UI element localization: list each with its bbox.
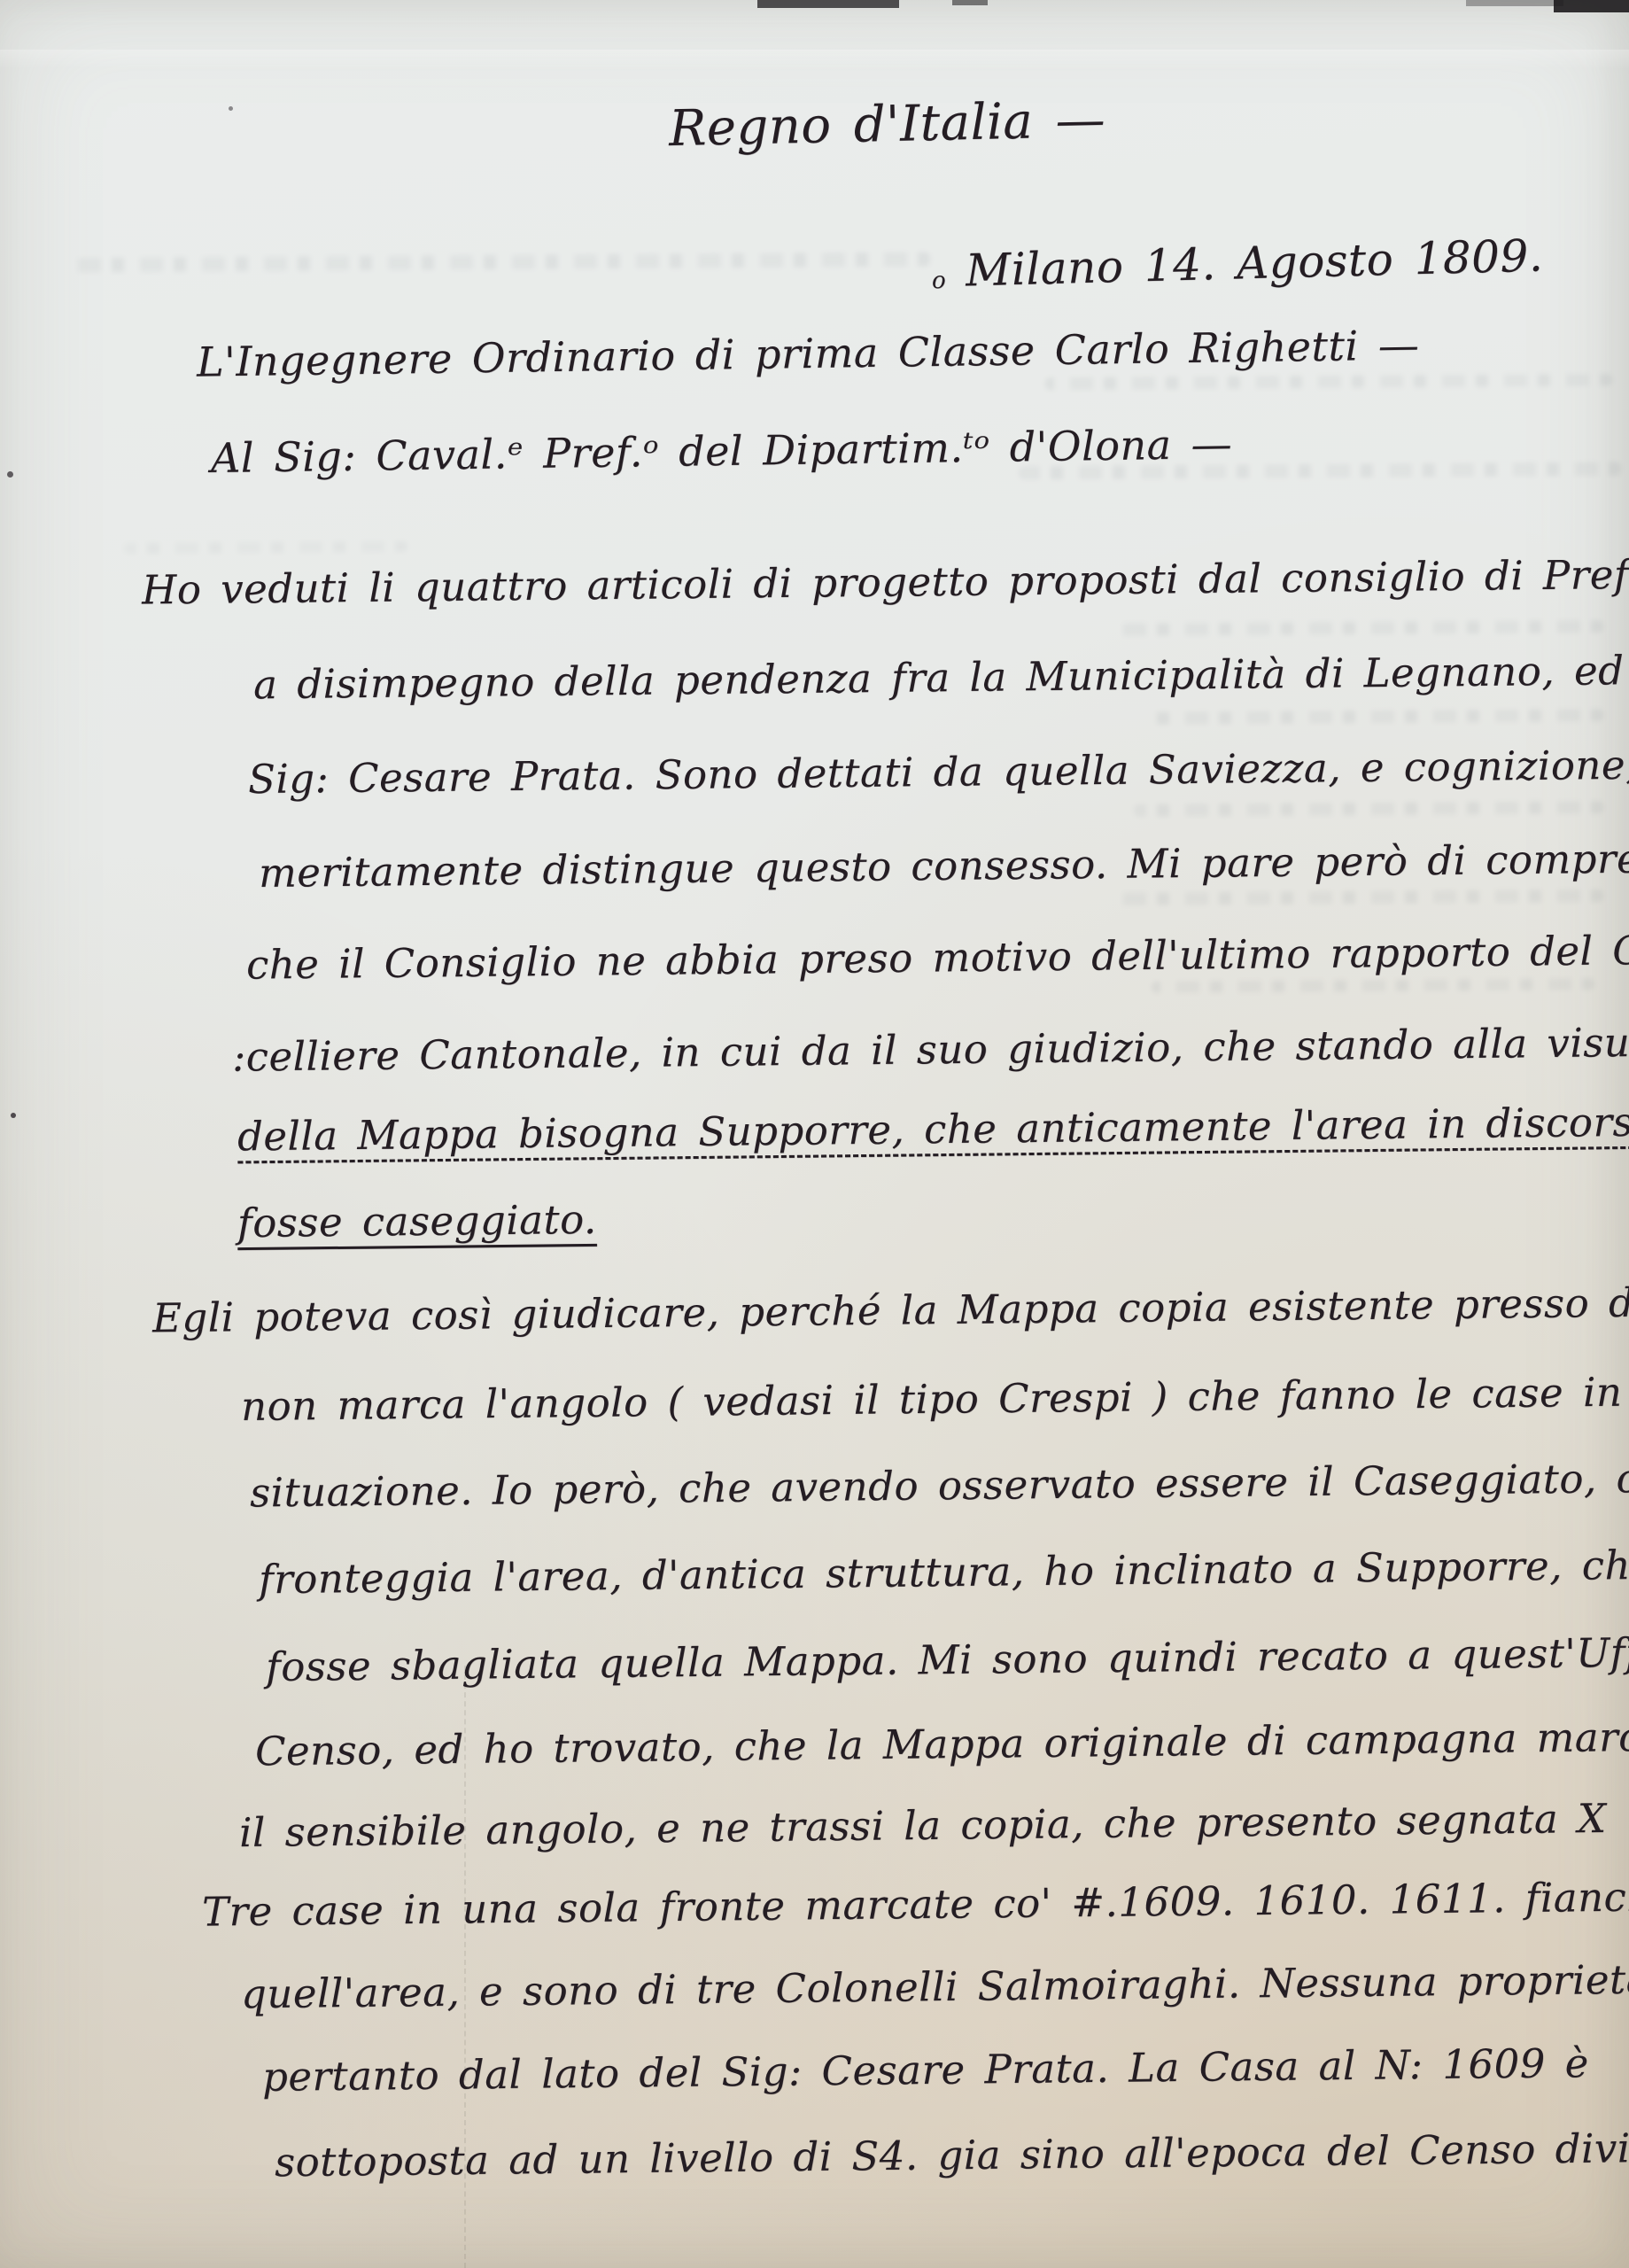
body-line: Censo, ed ho trovato, che la Mappa origi…	[255, 1713, 1629, 1775]
bleedthrough-smudge	[1107, 620, 1603, 636]
body-line: fosse sbagliata quella Mappa. Mi sono qu…	[266, 1627, 1629, 1690]
body-line: sottoposta ad un livello di S4. gia sino…	[275, 2124, 1629, 2186]
manuscript-page: Regno d'Italia — o Milano 14. Agosto 180…	[0, 0, 1629, 2268]
body-line: meritamente distingue questo consesso. M…	[259, 834, 1629, 897]
body-line: pertanto dal lato del Sig: Cesare Prata.…	[262, 2039, 1589, 2101]
bleedthrough-smudge	[124, 541, 407, 554]
scan-edge-mark	[1554, 0, 1629, 12]
body-line: situazione. Io però, che avendo osservat…	[250, 1454, 1629, 1516]
scan-light-band	[0, 50, 1629, 69]
scan-edge-mark	[757, 0, 899, 8]
bleedthrough-smudge	[1134, 801, 1603, 817]
ink-mark: o	[932, 268, 946, 294]
body-line: fronteggia l'area, d'antica struttura, h…	[259, 1542, 1629, 1604]
bleedthrough-smudge	[62, 252, 930, 273]
ink-speck	[11, 1113, 16, 1118]
body-line: quell'area, e sono di tre Colonelli Salm…	[241, 1956, 1629, 2018]
body-line: Sig: Cesare Prata. Sono dettati da quell…	[248, 740, 1629, 803]
scan-edge-mark	[952, 0, 988, 5]
bleedthrough-smudge	[1152, 978, 1594, 992]
ink-speck	[229, 106, 233, 111]
bleedthrough-smudge	[1107, 889, 1603, 905]
body-line-underlined: della Mappa bisogna Supporre, che antica…	[237, 1099, 1629, 1161]
document-title: Regno d'Italia —	[668, 91, 1105, 158]
body-line: non marca l'angolo ( vedasi il tipo Cres…	[241, 1367, 1629, 1430]
ink-speck	[7, 471, 13, 478]
body-line: Egli poteva così giudicare, perché la Ma…	[152, 1278, 1629, 1342]
bleedthrough-smudge	[1045, 374, 1612, 390]
dateline: Milano 14. Agosto 1809.	[965, 229, 1543, 296]
bleedthrough-smudge	[1152, 709, 1603, 725]
body-line-underlined: fosse caseggiato.	[237, 1196, 597, 1247]
body-line: Ho veduti li quattro articoli di progett…	[142, 549, 1629, 613]
scan-edge-mark	[1466, 0, 1563, 6]
body-line: a disimpegno della pendenza fra la Munic…	[253, 647, 1629, 709]
body-line: il sensibile angolo, e ne trassi la copi…	[239, 1795, 1607, 1856]
body-line: :celliere Cantonale, in cui da il suo gi…	[232, 1018, 1629, 1080]
body-line: Tre case in una sola fronte marcate co' …	[202, 1871, 1629, 1935]
